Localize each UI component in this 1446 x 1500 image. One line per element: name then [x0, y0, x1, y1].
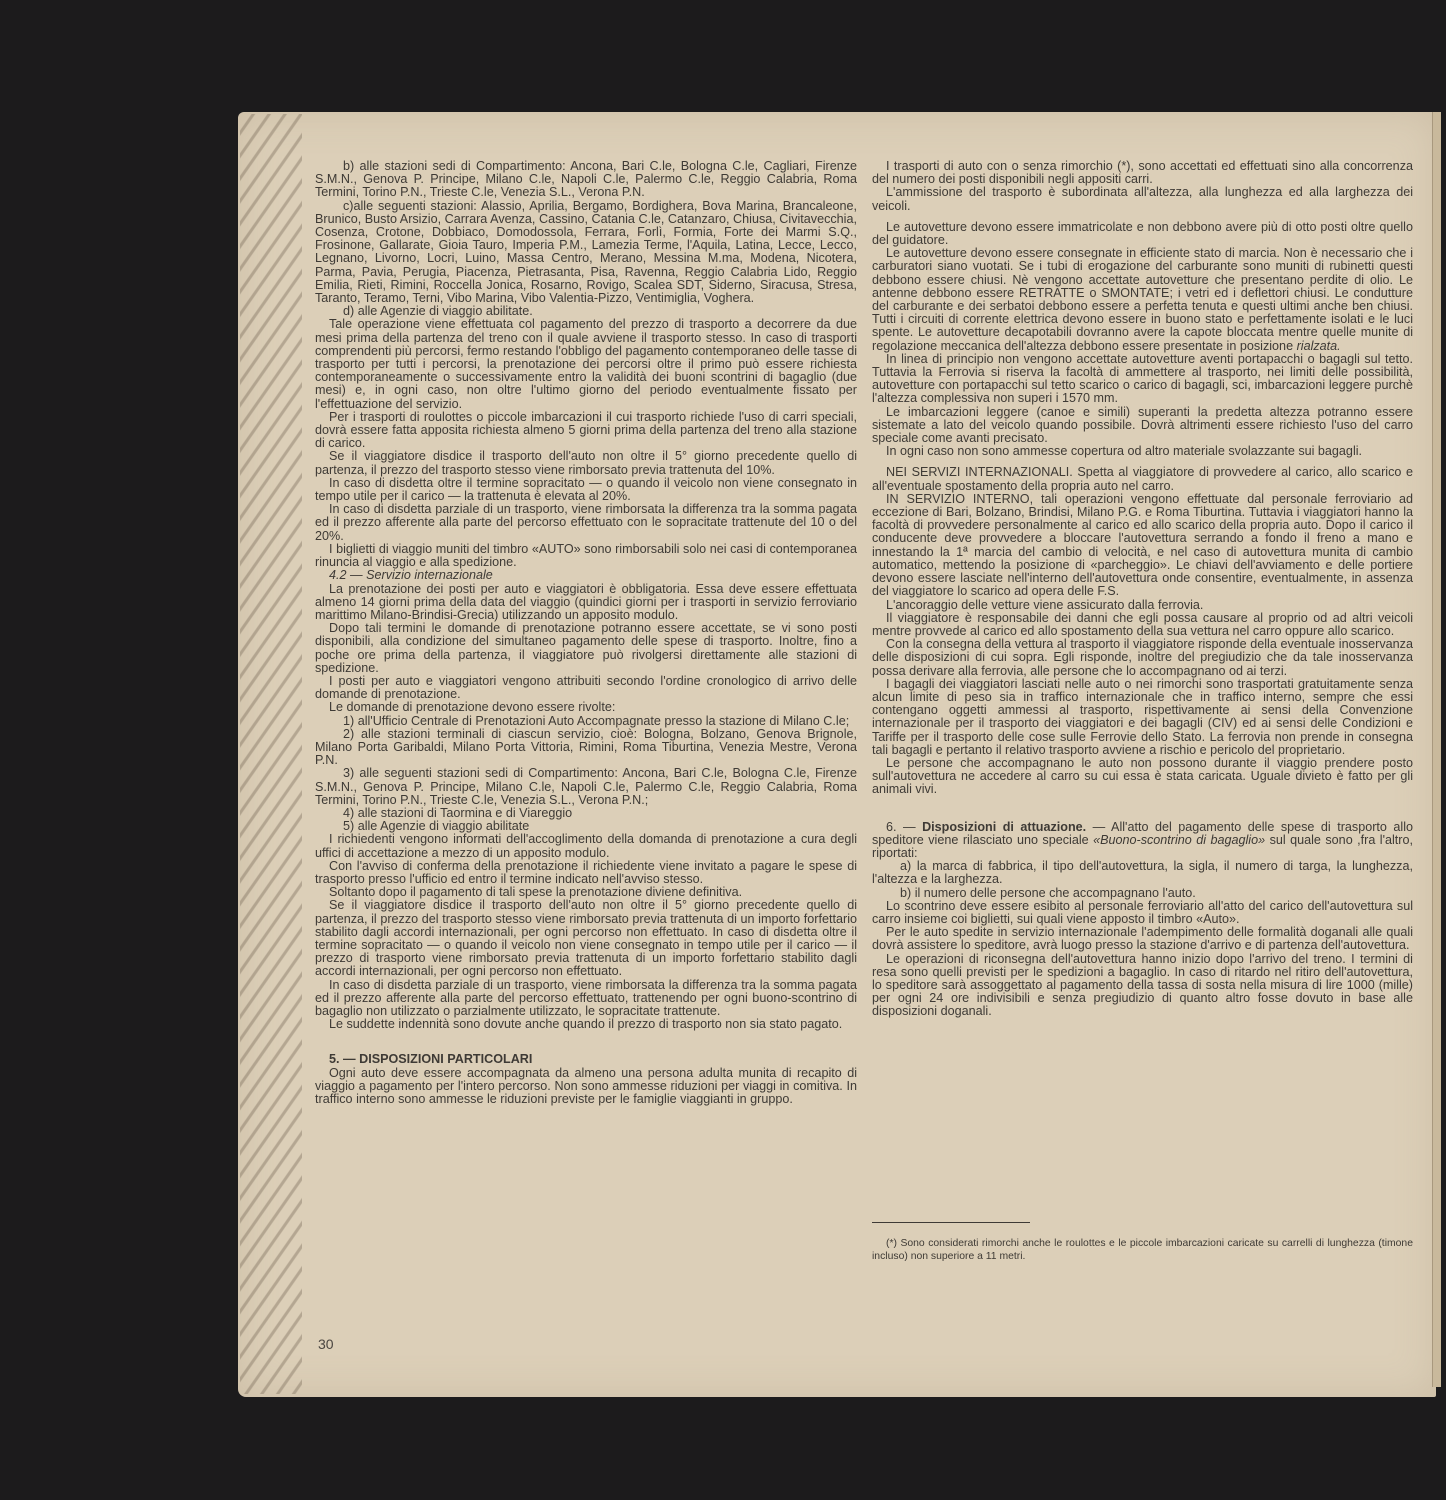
paragraph: Se il viaggiatore disdice il trasporto d… [315, 450, 857, 476]
footnote: (*) Sono considerati rimorchi anche le r… [872, 1237, 1413, 1263]
paragraph: Le domande di prenotazione devono essere… [315, 701, 857, 714]
paragraph: L'ancoraggio delle vetture viene assicur… [872, 599, 1413, 612]
list-item: 2) alle stazioni terminali di ciascun se… [315, 728, 857, 768]
page-edge [1432, 112, 1441, 1387]
paragraph: Con l'avviso di conferma della prenotazi… [315, 860, 857, 886]
paragraph: I biglietti di viaggio muniti del timbro… [315, 543, 857, 569]
paragraph-text: Le autovetture devono essere consegnate … [872, 246, 1413, 352]
paragraph: Le persone che accompagnano le auto non … [872, 757, 1413, 797]
paragraph: Le operazioni di riconsegna dell'autovet… [872, 953, 1413, 1019]
paragraph: Le autovetture devono essere consegnate … [872, 247, 1413, 353]
paragraph: NEI SERVIZI INTERNAZIONALI. Spetta al vi… [872, 466, 1413, 492]
section-title: 5. — DISPOSIZIONI PARTICOLARI [315, 1053, 857, 1066]
footnote-text: (*) Sono considerati rimorchi anche le r… [872, 1237, 1413, 1263]
paragraph: Il viaggiatore è responsabile dei danni … [872, 612, 1413, 638]
footnote-divider [872, 1222, 1030, 1223]
emphasis: «Buono-scontrino di bagaglio» [1093, 833, 1265, 847]
paragraph: Le suddette indennità sono dovute anche … [315, 1018, 857, 1031]
subheading: 4.2 — Servizio internazionale [315, 569, 857, 582]
paragraph: Se il viaggiatore disdice il trasporto d… [315, 899, 857, 978]
paragraph: Con la consegna della vettura al traspor… [872, 638, 1413, 678]
paragraph: In ogni caso non sono ammesse copertura … [872, 445, 1413, 458]
section-number: 6. — [886, 820, 922, 834]
paragraph: Le imbarcazioni leggere (canoe e simili)… [872, 406, 1413, 446]
paragraph: Le autovetture devono essere immatricola… [872, 221, 1413, 247]
right-column: I trasporti di auto con o senza rimorchi… [872, 160, 1413, 1019]
paragraph: I trasporti di auto con o senza rimorchi… [872, 160, 1413, 186]
emphasis: rialzata. [1297, 339, 1341, 353]
list-item: 3) alle seguenti stazioni sedi di Compar… [315, 767, 857, 807]
paragraph: La prenotazione dei posti per auto e via… [315, 583, 857, 623]
paragraph: Per i trasporti di roulottes o piccole i… [315, 411, 857, 451]
paragraph: In linea di principio non vengono accett… [872, 353, 1413, 406]
paragraph: I richiedenti vengono informati dell'acc… [315, 833, 857, 859]
left-column: b) alle stazioni sedi di Compartimento: … [315, 160, 857, 1106]
paragraph: I posti per auto e viaggiatori vengono a… [315, 675, 857, 701]
paragraph: IN SERVIZIO INTERNO, tali operazioni ven… [872, 493, 1413, 599]
paragraph: Lo scontrino deve essere esibito al pers… [872, 900, 1413, 926]
section-title: Disposizioni di attuazione. [922, 820, 1086, 834]
list-item: a) la marca di fabbrica, il tipo dell'au… [872, 860, 1413, 886]
paragraph: L'ammissione del trasporto è subordinata… [872, 186, 1413, 212]
section-6-paragraph: 6. — Disposizioni di attuazione. — All'a… [872, 821, 1413, 861]
paragraph: b) alle stazioni sedi di Compartimento: … [315, 160, 857, 200]
paragraph: In caso di disdetta oltre il termine sop… [315, 477, 857, 503]
paragraph: In caso di disdetta parziale di un trasp… [315, 503, 857, 543]
paragraph: I bagagli dei viaggiatori lasciati nelle… [872, 678, 1413, 757]
paragraph: c)alle seguenti stazioni: Alassio, April… [315, 200, 857, 306]
paragraph: In caso di disdetta parziale di un trasp… [315, 979, 857, 1019]
binding-shadow [240, 114, 302, 1394]
list-item: b) il numero delle persone che accompagn… [872, 887, 1413, 900]
page-number: 30 [318, 1336, 334, 1352]
list-item: 1) all'Ufficio Centrale di Prenotazioni … [315, 715, 857, 728]
paragraph: Ogni auto deve essere accompagnata da al… [315, 1067, 857, 1107]
paragraph: Tale operazione viene effettuata col pag… [315, 318, 857, 410]
paragraph: Per le auto spedite in servizio internaz… [872, 926, 1413, 952]
paragraph: Dopo tali termini le domande di prenotaz… [315, 622, 857, 675]
